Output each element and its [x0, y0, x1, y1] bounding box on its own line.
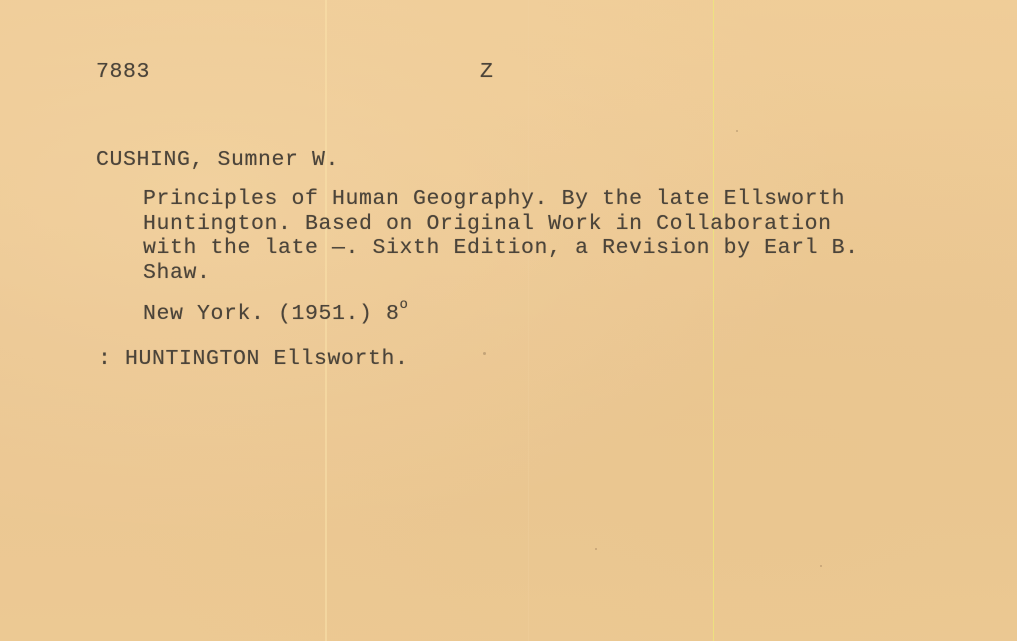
- imprint: New York. (1951.) 8o: [143, 296, 409, 327]
- imprint-place-date: New York. (1951.) 8: [143, 302, 400, 326]
- call-number: 7883: [96, 60, 150, 85]
- title-line: Principles of Human Geography. By the la…: [143, 187, 859, 212]
- paper-speck: [736, 130, 738, 132]
- paper-crease-line: [713, 0, 714, 641]
- catalog-card: 7883 Z CUSHING, Sumner W. Principles of …: [0, 0, 1017, 641]
- title-line: Huntington. Based on Original Work in Co…: [143, 212, 859, 237]
- added-entry: : HUNTINGTON Ellsworth.: [98, 347, 409, 372]
- paper-speck: [483, 352, 486, 355]
- paper-crease-line: [528, 0, 529, 641]
- title-statement: Principles of Human Geography. By the la…: [143, 187, 859, 285]
- paper-speck: [595, 548, 597, 550]
- class-mark: Z: [480, 60, 494, 85]
- title-line: with the late —. Sixth Edition, a Revisi…: [143, 236, 859, 261]
- format-degree-mark: o: [400, 297, 409, 313]
- author-heading: CUSHING, Sumner W.: [96, 148, 339, 173]
- title-line: Shaw.: [143, 261, 859, 286]
- paper-speck: [820, 565, 822, 567]
